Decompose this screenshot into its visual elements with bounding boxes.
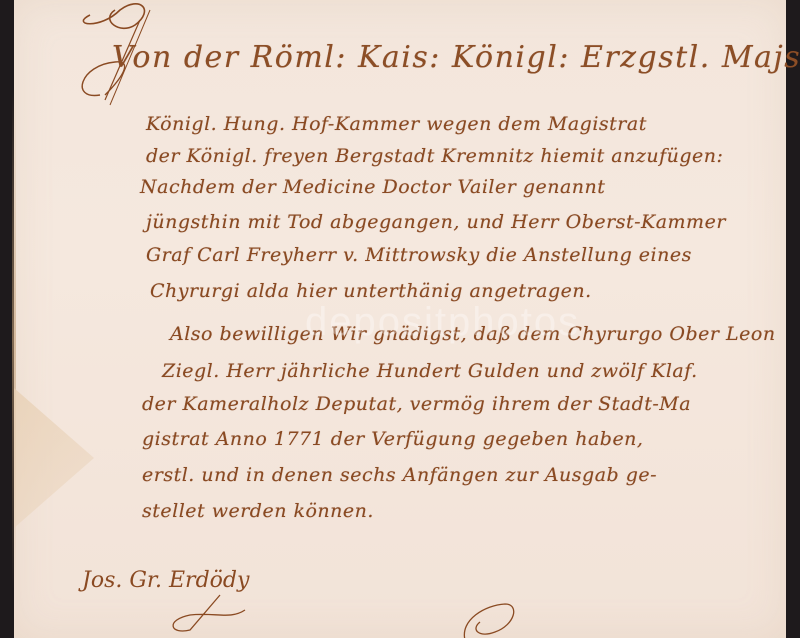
text-line-1: Königl. Hung. Hof-Kammer wegen dem Magis… xyxy=(146,113,647,135)
text-line-11: erstl. und in denen sechs Anfängen zur A… xyxy=(142,464,657,486)
text-line-2: der Königl. freyen Bergstadt Kremnitz hi… xyxy=(146,145,723,167)
text-line-12: stellet werden können. xyxy=(142,500,374,522)
text-line-4: jüngsthin mit Tod abgegangen, und Herr O… xyxy=(146,211,726,233)
text-line-10: gistrat Anno 1771 der Verfügung gegeben … xyxy=(142,428,643,450)
text-line-9: der Kameralholz Deputat, vermög ihrem de… xyxy=(142,393,691,415)
text-line-5: Graf Carl Freyherr v. Mittrowsky die Ans… xyxy=(146,244,692,266)
text-line-6: Chyrurgi alda hier unterthänig angetrage… xyxy=(150,280,592,302)
signature-flourish-icon xyxy=(160,590,250,635)
text-line-7: Also bewilligen Wir gnädigst, daß dem Ch… xyxy=(170,323,776,345)
text-line-8: Ziegl. Herr jährliche Hundert Gulden und… xyxy=(162,360,698,382)
text-line-3: Nachdem der Medicine Doctor Vailer genan… xyxy=(140,176,605,198)
manuscript-photo: Von der Röml: Kais: Königl: Erzgstl. Maj… xyxy=(0,0,800,638)
bottom-loop-mark-icon xyxy=(455,600,525,638)
document-title-line: Von der Röml: Kais: Königl: Erzgstl. Maj… xyxy=(112,40,800,75)
